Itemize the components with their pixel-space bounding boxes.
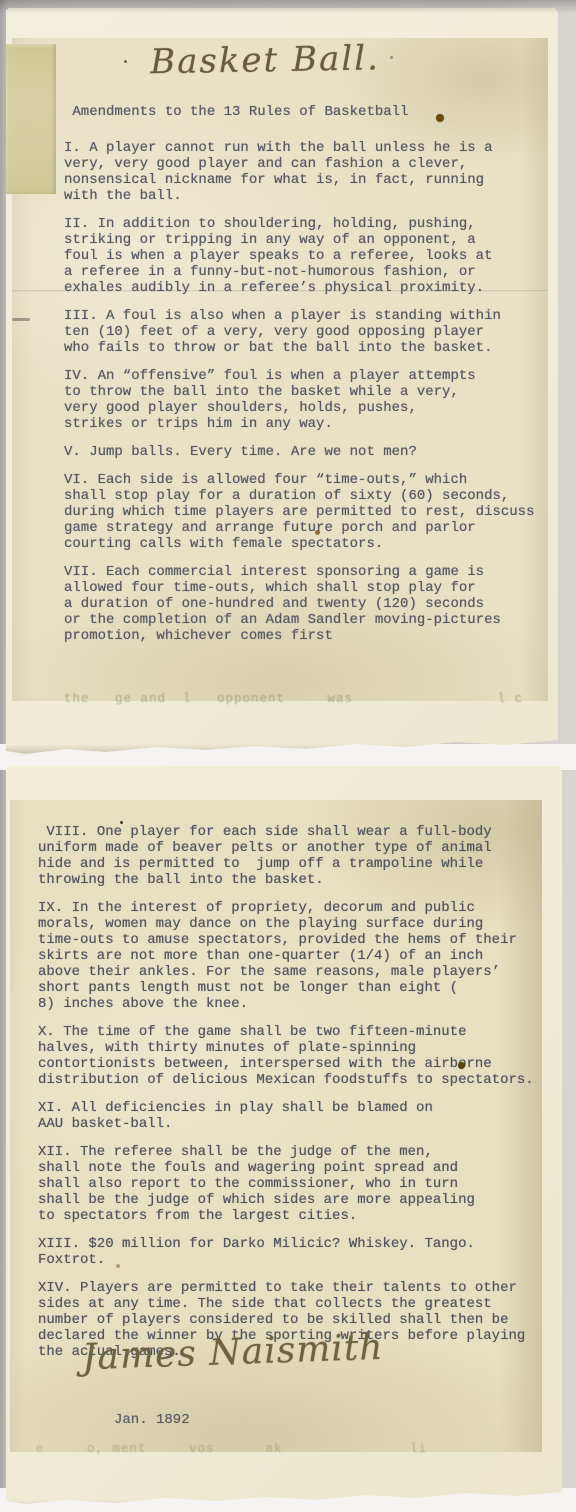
document-scan: Basket Ball. Amendments to the 13 Rules … [0, 0, 576, 1512]
ink-speck [458, 1062, 465, 1069]
rule-1: I. A player cannot run with the ball unl… [64, 140, 556, 204]
rule-12: XII. The referee shall be the judge of t… [38, 1144, 550, 1224]
rule-5: V. Jump balls. Every time. Are we not me… [64, 444, 556, 460]
rule-7: VII. Each commercial interest sponsoring… [64, 564, 556, 644]
crease-mark [12, 318, 30, 321]
rule-6: VI. Each side is allowed four “time-outs… [64, 472, 556, 552]
rule-3: III. A foul is also when a player is sta… [64, 308, 556, 356]
rule-8: VIII. One player for each side shall wea… [38, 824, 550, 888]
bleed-through-text: e o, ment vos ak li [36, 1442, 556, 1456]
rule-4: IV. An “offensive” foul is when a player… [64, 368, 556, 432]
page-1: Basket Ball. Amendments to the 13 Rules … [6, 8, 558, 756]
ink-speck [116, 1264, 120, 1268]
rule-11: XI. All deficiencies in play shall be bl… [38, 1100, 550, 1132]
date-line: Jan. 1892 [114, 1412, 190, 1428]
ink-speck [120, 821, 123, 824]
rule-10: X. The time of the game shall be two fif… [38, 1024, 550, 1088]
tape-remnant [6, 44, 56, 194]
ink-speck [315, 530, 320, 535]
page-1-text: Amendments to the 13 Rules of Basketball… [64, 104, 556, 656]
page-2-text: VIII. One player for each side shall wea… [38, 824, 550, 1372]
bleed-through-text: the ge and l opponent was l c [64, 692, 544, 706]
rule-2: II. In addition to shouldering, holding,… [64, 216, 556, 296]
rule-13: XIII. $20 million for Darko Milicic? Whi… [38, 1236, 550, 1268]
ink-speck [436, 114, 444, 122]
page-2: VIII. One player for each side shall wea… [6, 766, 562, 1512]
document-heading: Amendments to the 13 Rules of Basketball [64, 104, 556, 120]
rule-9: IX. In the interest of propriety, decoru… [38, 900, 550, 1012]
